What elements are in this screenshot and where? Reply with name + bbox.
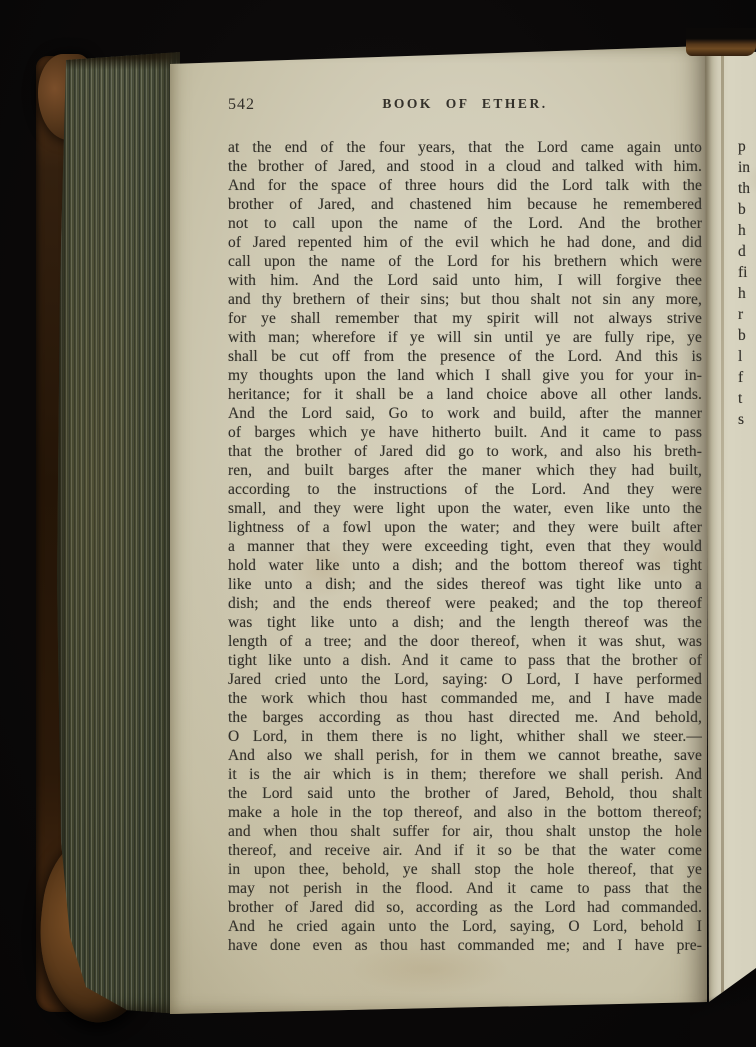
text-line: not to call upon the name of the Lord. A… — [228, 214, 702, 233]
text-line: heritance; for it shall be a land choice… — [228, 385, 702, 404]
text-fragment: fi — [738, 262, 756, 283]
text-line: have done even as thou hast commanded me… — [228, 936, 702, 955]
text-line: brother of Jared did so, according as th… — [228, 898, 702, 917]
text-line: ren, and built barges after the maner wh… — [228, 461, 702, 480]
text-line: the Lord said unto the brother of Jared,… — [228, 784, 702, 803]
text-line: O Lord, in them there is no light, whith… — [228, 727, 702, 746]
text-line: that the brother of Jared did go to work… — [228, 442, 702, 461]
text-line: may not perish in the flood. And it came… — [228, 879, 702, 898]
text-line: And the Lord said, Go to work and build,… — [228, 404, 702, 423]
text-line: make a hole in the top thereof, and also… — [228, 803, 702, 822]
text-line: a manner that they were exceeding tight,… — [228, 537, 702, 556]
book-page: 542 BOOK OF ETHER. at the end of the fou… — [170, 44, 707, 1016]
corner-shadow — [690, 960, 756, 1047]
text-line: with man; wherefore if ye will sin until… — [228, 328, 702, 347]
text-line: hold water like unto a dish; and the bot… — [228, 556, 702, 575]
text-line: the brother of Jared, and stood in a clo… — [228, 157, 702, 176]
text-fragment: h — [738, 220, 756, 241]
text-fragment: r — [738, 304, 756, 325]
text-line: in upon thee, behold, ye shall stop the … — [228, 860, 702, 879]
text-fragment: h — [738, 283, 756, 304]
text-line: like unto a dish; and the sides thereof … — [228, 575, 702, 594]
text-line: at the end of the four years, that the L… — [228, 138, 702, 157]
text-fragment: in — [738, 157, 756, 178]
text-line: tight like unto a dish. And it came to p… — [228, 651, 702, 670]
text-line: And he cried again unto the Lord, saying… — [228, 917, 702, 936]
text-line: brother of Jared, and chastened him beca… — [228, 195, 702, 214]
text-line: the work which thou hast commanded me, a… — [228, 689, 702, 708]
text-line: And also we shall perish, for in them we… — [228, 746, 702, 765]
text-line: with him. And the Lord said unto him, I … — [228, 271, 702, 290]
facing-page-sliver: pinthbhdfihrblfts — [705, 40, 756, 1005]
text-line: according to the instructions of the Lor… — [228, 480, 702, 499]
text-line: it is the air which is in them; therefor… — [228, 765, 702, 784]
text-fragment: d — [738, 241, 756, 262]
text-line: call upon the name of the Lord for his b… — [228, 252, 702, 271]
text-line: Jared cried unto the Lord, saying: O Lor… — [228, 670, 702, 689]
text-fragment: f — [738, 367, 756, 388]
text-line: the barges according as thou hast direct… — [228, 708, 702, 727]
text-line: length of a tree; and the door thereof, … — [228, 632, 702, 651]
text-line: shall be cut off from the presence of th… — [228, 347, 702, 366]
text-line: and thy brethern of their sins; but thou… — [228, 290, 702, 309]
gutter-fold-top — [686, 28, 756, 56]
text-line: my thoughts upon the land which I shall … — [228, 366, 702, 385]
text-fragment: p — [738, 136, 756, 157]
text-line: for ye shall remember that my spirit wil… — [228, 309, 702, 328]
text-line: of barges which ye have hitherto built. … — [228, 423, 702, 442]
facing-page-text-fragments: pinthbhdfihrblfts — [738, 136, 756, 430]
page-header: 542 BOOK OF ETHER. — [228, 96, 702, 116]
text-line: and when thou shalt suffer for air, thou… — [228, 822, 702, 841]
text-line: small, and they were light upon the wate… — [228, 499, 702, 518]
body-text: at the end of the four years, that the L… — [228, 138, 702, 955]
page-crease — [721, 40, 724, 1005]
text-fragment: b — [738, 325, 756, 346]
text-line: of Jared repented him of the evil which … — [228, 233, 702, 252]
text-fragment: t — [738, 388, 756, 409]
text-line: thereof, and receive air. And if it so b… — [228, 841, 702, 860]
text-line: was tight like unto a dish; and the leng… — [228, 613, 702, 632]
page-fore-edge — [54, 52, 180, 1014]
book-scan-photo: 542 BOOK OF ETHER. at the end of the fou… — [0, 0, 756, 1047]
text-fragment: th — [738, 178, 756, 199]
text-line: And for the space of three hours did the… — [228, 176, 702, 195]
text-fragment: b — [738, 199, 756, 220]
text-fragment: s — [738, 409, 756, 430]
text-line: lightness of a fowl upon the water; and … — [228, 518, 702, 537]
running-header-title: BOOK OF ETHER. — [228, 96, 702, 112]
text-fragment: l — [738, 346, 756, 367]
text-line: dish; and the ends thereof were peaked; … — [228, 594, 702, 613]
